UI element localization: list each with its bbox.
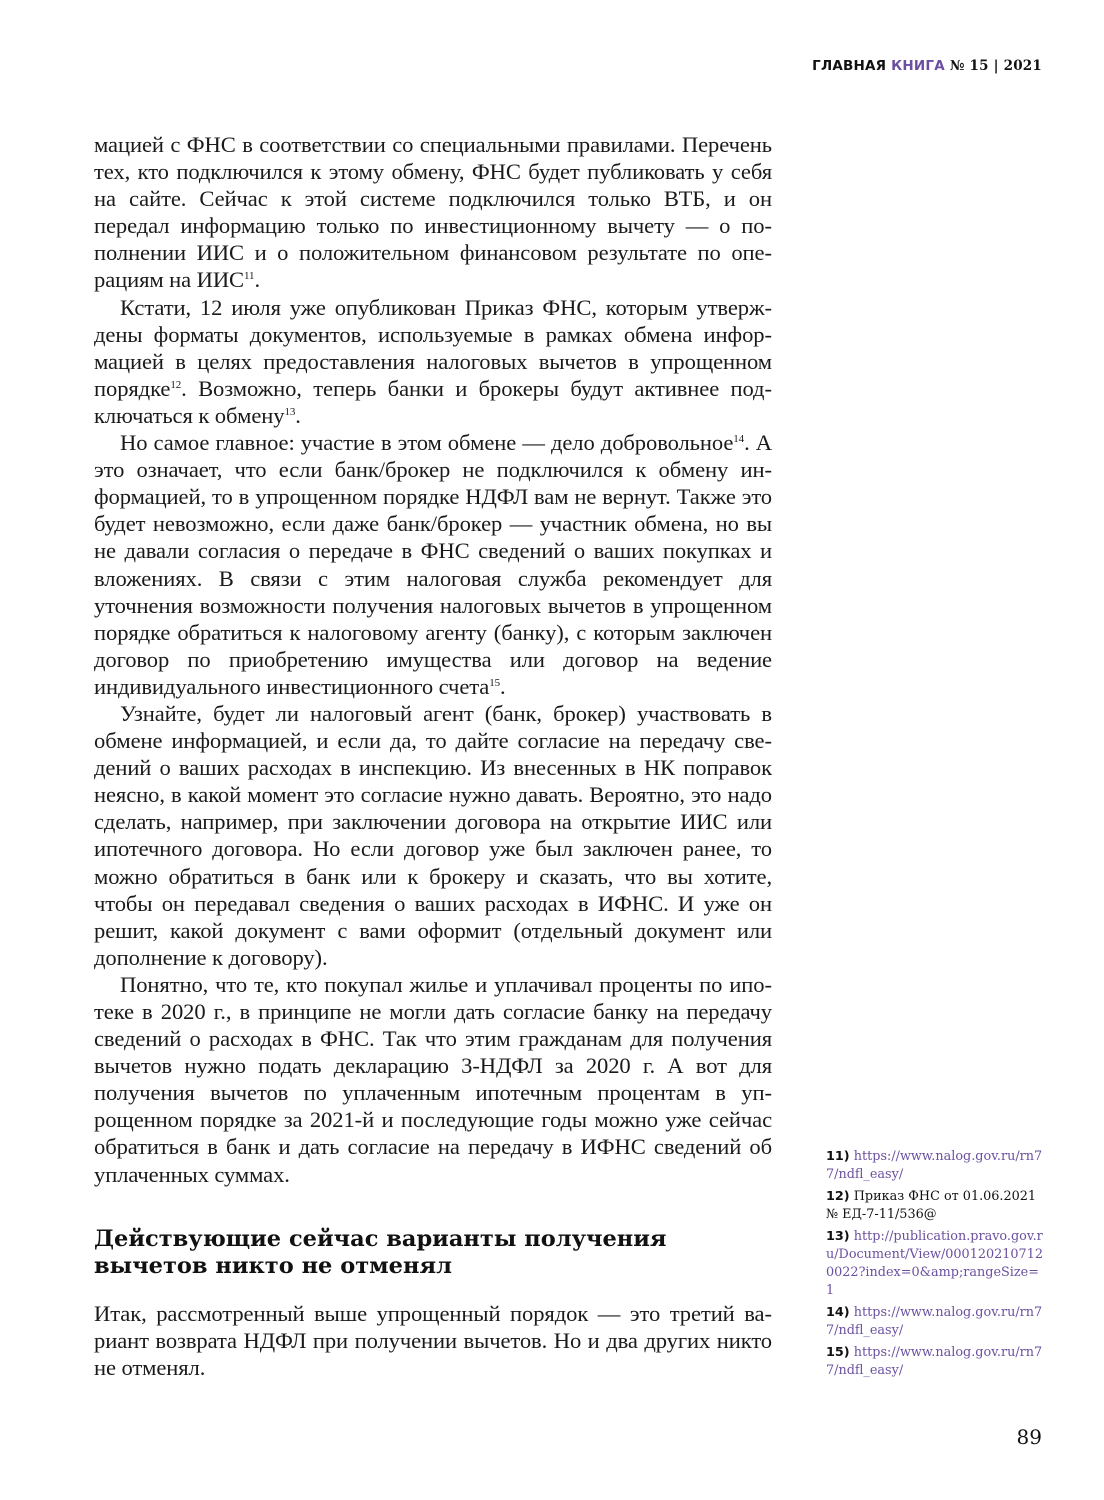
- footnote-ref-13[interactable]: 13: [284, 406, 295, 418]
- footnote-ref-12[interactable]: 12: [170, 379, 181, 391]
- footnote-ref-14[interactable]: 14: [733, 433, 744, 445]
- footnotes: 11) https://www.nalog.gov.ru/rn77/ndfl_e…: [826, 1148, 1046, 1384]
- paragraph-5: Понятно, что те, кто покупал жилье и упл…: [94, 971, 772, 1188]
- section-heading: Действующие сейчас варианты получения вы…: [94, 1226, 772, 1280]
- paragraph-after-heading: Итак, рассмотренный выше упрощенный поря…: [94, 1300, 772, 1381]
- footnote-link[interactable]: http://publication.pravo.gov.ru/Document…: [826, 1229, 1043, 1298]
- brand-part2: КНИГА: [891, 58, 945, 74]
- footnote-14: 14) https://www.nalog.gov.ru/rn77/ndfl_e…: [826, 1304, 1046, 1340]
- footnote-ref-11[interactable]: 11: [244, 270, 254, 282]
- footnote-number: 15): [826, 1345, 850, 1360]
- footnote-number: 13): [826, 1229, 850, 1244]
- paragraph-1: мацией с ФНС в соответствии со специальн…: [94, 131, 772, 294]
- paragraph-3: Но самое главное: участие в этом обмене …: [94, 429, 772, 700]
- paragraph-text: Но самое главное: участие в этом обмене …: [120, 430, 733, 455]
- paragraph-tail: .: [295, 403, 301, 428]
- footnote-13: 13) http://publication.pravo.gov.ru/Docu…: [826, 1228, 1046, 1300]
- paragraph-text: мацией с ФНС в соответствии со специальн…: [94, 132, 772, 292]
- footnote-link[interactable]: https://www.nalog.gov.ru/rn77/ndfl_easy/: [826, 1149, 1042, 1182]
- paragraph-tail: .: [500, 674, 506, 699]
- main-column: мацией с ФНС в соответствии со специальн…: [94, 131, 772, 1381]
- paragraph-tail: .: [254, 267, 260, 292]
- footnote-link[interactable]: https://www.nalog.gov.ru/rn77/ndfl_easy/: [826, 1305, 1042, 1338]
- footnote-11: 11) https://www.nalog.gov.ru/rn77/ndfl_e…: [826, 1148, 1046, 1184]
- footnote-number: 12): [826, 1189, 850, 1204]
- page-number: 89: [1017, 1425, 1042, 1449]
- footnote-15: 15) https://www.nalog.gov.ru/rn77/ndfl_e…: [826, 1344, 1046, 1380]
- footnote-link[interactable]: https://www.nalog.gov.ru/rn77/ndfl_easy/: [826, 1345, 1042, 1378]
- issue-label: № 15 | 2021: [950, 58, 1042, 74]
- paragraph-tail: . Возможно, теперь банки и брокеры будут…: [94, 376, 772, 428]
- paragraph-2: Кстати, 12 июля уже опубликован Приказ Ф…: [94, 294, 772, 429]
- footnote-text: Приказ ФНС от 01.06.2021 № ЕД-7-11/536@: [826, 1189, 1036, 1222]
- paragraph-4: Узнайте, будет ли налоговый агент (банк,…: [94, 700, 772, 971]
- running-header: ГЛАВНАЯ КНИГА № 15 | 2021: [812, 58, 1042, 74]
- footnote-ref-15[interactable]: 15: [489, 677, 500, 689]
- footnote-number: 11): [826, 1149, 850, 1164]
- footnote-number: 14): [826, 1305, 850, 1320]
- paragraph-tail: . А это означает, что если банк/брокер н…: [94, 430, 772, 699]
- footnote-12: 12) Приказ ФНС от 01.06.2021 № ЕД-7-11/5…: [826, 1188, 1046, 1224]
- brand-part1: ГЛАВНАЯ: [812, 58, 886, 74]
